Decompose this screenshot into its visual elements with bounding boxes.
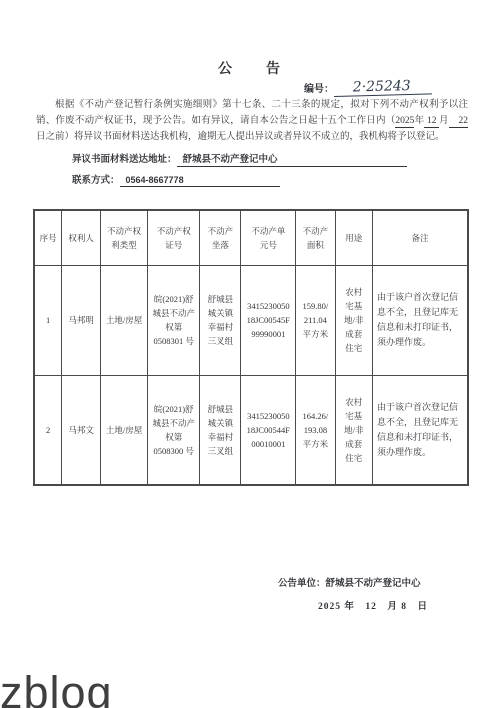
- text-run: 月: [439, 116, 449, 126]
- issuing-unit-line: 公告单位：舒城县不动产登记中心: [278, 575, 421, 589]
- table-cell: 皖(2021)舒 城县不动产 权第 0508301 号: [148, 265, 200, 375]
- underlined-blank-value: 22: [449, 116, 468, 128]
- text-run: 年: [414, 116, 424, 126]
- scanned-notice-page: 公 告 编号：2·25243 根据《不动产登记暂行条例实施细则》第十七条、二十三…: [0, 0, 500, 708]
- notice-table-head: 序号权利人不动产权 利类型不动产权 证号不动产 坐落不动产单 元号不动产 面积用…: [34, 210, 468, 265]
- table-row: 1马邦明土地/房屋皖(2021)舒 城县不动产 权第 0508301 号舒城县 …: [34, 265, 468, 375]
- table-cell: 舒城县 城关镇 幸福村 三叉组: [200, 375, 241, 485]
- notice-number-label: 编号：: [304, 84, 334, 95]
- table-cell: 由于该户首次登记信息不全，且登记库无信息和未打印证书，须办理作废。: [372, 265, 468, 375]
- table-cell: 马邦明: [62, 265, 101, 375]
- table-cell: 3415230050 18JC00545F 99990001: [241, 265, 296, 375]
- issue-date: 2025 年 12 月 8 日: [318, 598, 428, 612]
- table-cell: 皖(2021)舒 城县不动产 权第 0508300 号: [148, 375, 200, 485]
- table-cell: 164.26/ 193.08 平方米: [296, 375, 335, 485]
- table-cell: 舒城县 城关镇 幸福村 三叉组: [200, 265, 241, 375]
- table-header-row: 序号权利人不动产权 利类型不动产权 证号不动产 坐落不动产单 元号不动产 面积用…: [34, 210, 468, 265]
- contact-line: 联系方式：0564-8667778: [72, 172, 280, 187]
- table-cell: 土地/房屋: [100, 375, 147, 485]
- contact-label: 联系方式：: [72, 176, 120, 186]
- table-cell: 由于该户首次登记信息不全，且登记库无信息和未打印证书，须办理作废。: [372, 375, 468, 485]
- notice-number-line: 编号：2·25243: [0, 80, 432, 97]
- table-header-cell: 不动产 坐落: [200, 210, 241, 265]
- table-header-cell: 不动产权 利类型: [100, 210, 147, 265]
- table-header-cell: 序号: [34, 210, 62, 265]
- issuing-unit-value: 舒城县不动产登记中心: [326, 579, 421, 589]
- table-cell: 农村 宅基 地/非 成套 住宅: [335, 265, 372, 375]
- notice-table: 序号权利人不动产权 利类型不动产权 证号不动产 坐落不动产单 元号不动产 面积用…: [33, 209, 469, 486]
- notice-number-handwritten: 2·25243: [334, 77, 432, 97]
- table-cell: 3415230050 18JC00544F 00010001: [241, 375, 296, 485]
- table-header-cell: 不动产权 证号: [148, 210, 200, 265]
- table-header-cell: 用途: [335, 210, 372, 265]
- zblog-watermark: zblog: [0, 670, 113, 708]
- table-header-cell: 不动产 面积: [296, 210, 335, 265]
- notice-table-body: 1马邦明土地/房屋皖(2021)舒 城县不动产 权第 0508301 号舒城县 …: [34, 265, 468, 485]
- table-cell: 马邦文: [62, 375, 101, 485]
- table-cell: 农村 宅基 地/非 成套 住宅: [335, 375, 372, 485]
- objection-address-value: 舒城县不动产登记中心: [177, 151, 407, 167]
- table-cell: 2: [34, 375, 62, 485]
- table-cell: 1: [34, 265, 62, 375]
- table-cell: 土地/房屋: [100, 265, 147, 375]
- table-header-cell: 备注: [372, 210, 468, 265]
- table-header-cell: 权利人: [62, 210, 101, 265]
- table-cell: 159.80/ 211.04 平方米: [296, 265, 335, 375]
- issuing-unit-label: 公告单位：: [278, 579, 326, 589]
- text-run: 日之前）将异议书面材料送达我机构，逾期无人提出异议或者异议不成立的，我机构将予以…: [36, 132, 445, 142]
- objection-address-line: 异议书面材料送达地址：舒城县不动产登记中心: [72, 151, 407, 167]
- underlined-blank-value: 2025: [395, 116, 414, 128]
- objection-address-label: 异议书面材料送达地址：: [72, 155, 177, 165]
- underlined-blank-value: 12: [424, 116, 439, 128]
- contact-phone-value: 0564-8667778: [120, 175, 280, 187]
- notice-body-paragraph: 根据《不动产登记暂行条例实施细则》第十七条、二十三条的规定，拟对下列不动产权利予…: [36, 97, 468, 145]
- table-header-cell: 不动产单 元号: [241, 210, 296, 265]
- table-row: 2马邦文土地/房屋皖(2021)舒 城县不动产 权第 0508300 号舒城县 …: [34, 375, 468, 485]
- page-title: 公 告: [0, 58, 500, 78]
